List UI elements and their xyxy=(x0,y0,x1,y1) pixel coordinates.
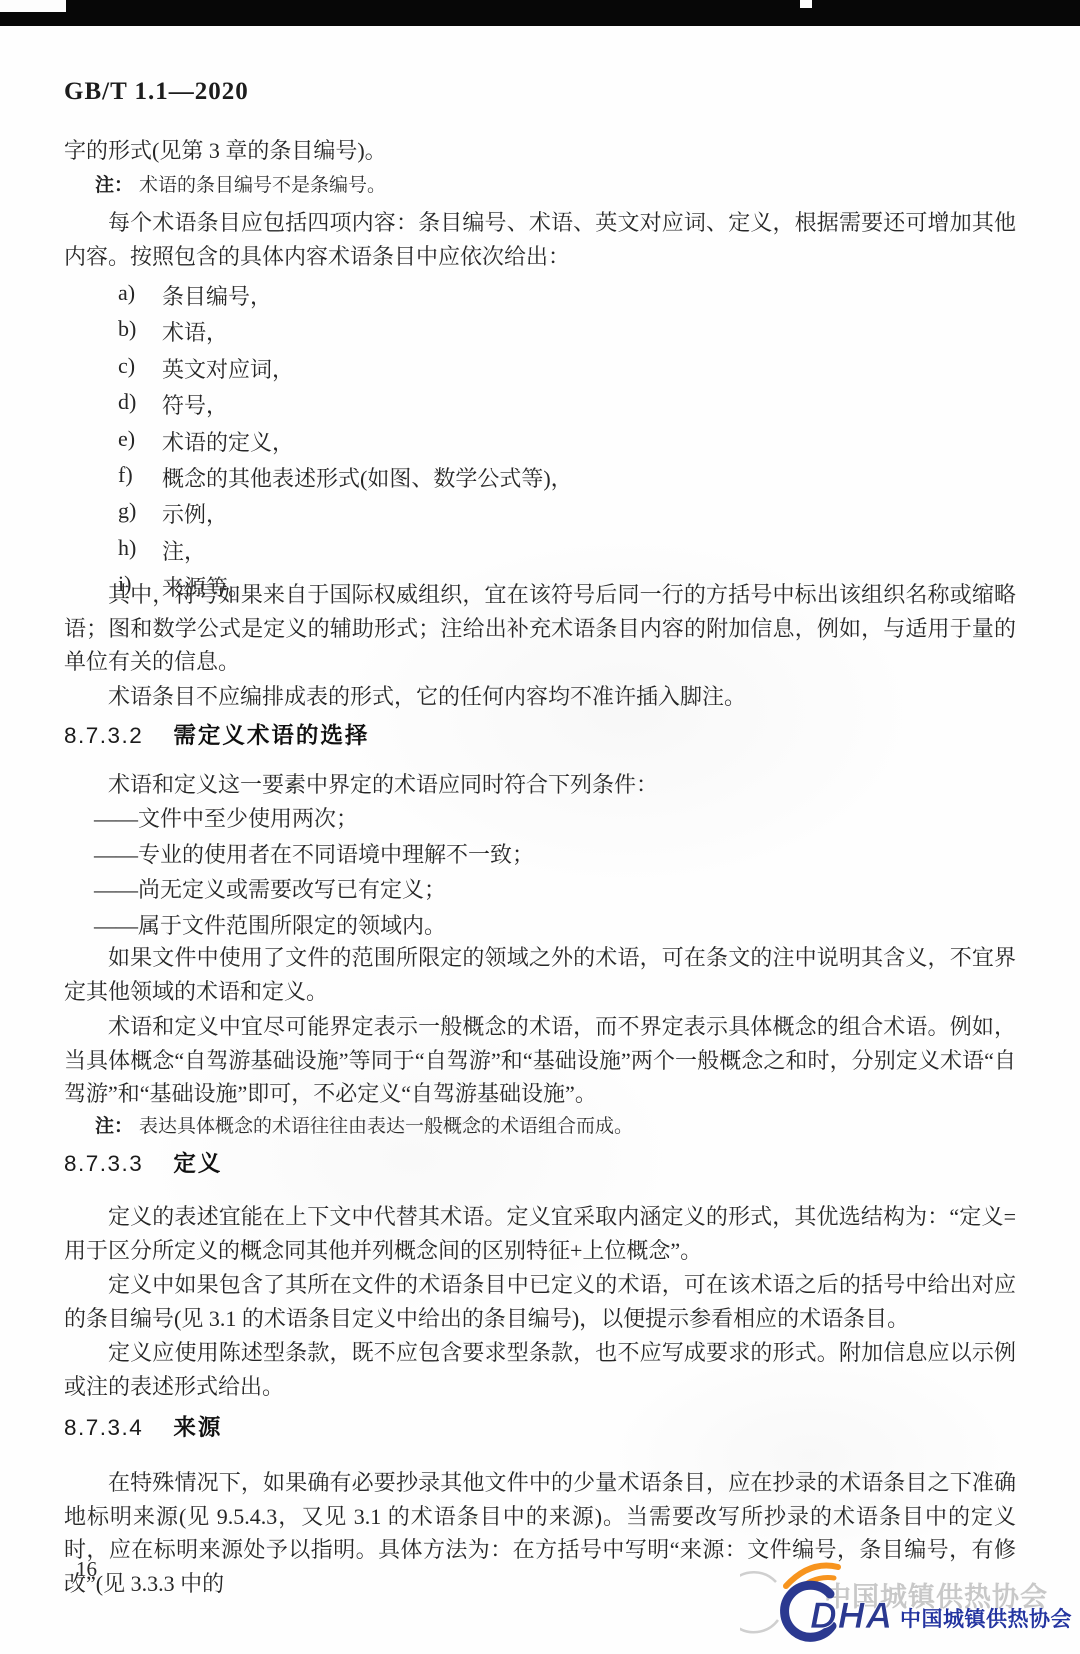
dash-item: ——尚无定义或需要改写已有定义； xyxy=(94,873,1014,909)
list-item: g)示例， xyxy=(118,498,998,534)
logo-abbr-text: DHA xyxy=(810,1595,893,1636)
section-heading-8733: 8.7.3.3定义 xyxy=(64,1146,222,1178)
note-text: 表达具体概念的术语往往由表达一般概念的术语组合而成。 xyxy=(139,1116,633,1137)
scan-top-bar-notch-mid xyxy=(800,0,812,8)
paragraph-no-table: 术语条目不应编排成表的形式，它的任何内容均不准许插入脚注。 xyxy=(64,680,1016,714)
list-item-marker: h) xyxy=(118,535,162,571)
list-item-text: 条目编号， xyxy=(162,280,272,316)
section-number: 8.7.3.4 xyxy=(64,1415,143,1440)
list-item-marker: c) xyxy=(118,353,162,389)
section-heading-8734: 8.7.3.4来源 xyxy=(64,1410,222,1442)
dash-item: ——专业的使用者在不同语境中理解不一致； xyxy=(94,838,1014,874)
list-item: d)符号， xyxy=(118,389,998,425)
section-heading-8732: 8.7.3.2需定义术语的选择 xyxy=(64,718,369,750)
standard-number-header: GB/T 1.1—2020 xyxy=(64,78,249,106)
list-item-marker: b) xyxy=(118,316,162,352)
list-item: a)条目编号， xyxy=(118,280,998,316)
note-block: 注：术语的条目编号不是条编号。 xyxy=(95,171,1005,201)
list-item-text: 术语， xyxy=(162,316,228,352)
section-number: 8.7.3.3 xyxy=(64,1151,143,1176)
paragraph-definition-refs: 定义中如果包含了其所在文件的术语条目中已定义的术语，可在该术语之后的括号中给出对… xyxy=(64,1268,1016,1335)
dash-list: ——文件中至少使用两次； ——专业的使用者在不同语境中理解不一致； ——尚无定义… xyxy=(94,802,1014,944)
section-title: 需定义术语的选择 xyxy=(173,723,369,748)
page-number: 16 xyxy=(76,1557,97,1582)
paragraph-definition-clauses: 定义应使用陈述型条款，既不应包含要求型条款，也不应写成要求的形式。附加信息应以示… xyxy=(64,1336,1016,1403)
note-label: 注： xyxy=(95,1116,133,1137)
list-item: c)英文对应词， xyxy=(118,353,998,389)
list-item: b)术语， xyxy=(118,316,998,352)
list-item-text: 示例， xyxy=(162,498,228,534)
section-title: 定义 xyxy=(173,1151,222,1176)
list-item-text: 符号， xyxy=(162,389,228,425)
list-item-text: 英文对应词， xyxy=(162,353,294,389)
paragraph-continuation: 字的形式(见第 3 章的条目编号)。 xyxy=(64,134,1016,168)
logo-ghost-arc-icon xyxy=(740,1572,778,1632)
logo-association-name: 中国城镇供热协会 xyxy=(900,1607,1072,1631)
paragraph-symbols: 其中，符号如果来自于国际权威组织，宜在该符号后同一行的方括号中标出该组织名称或缩… xyxy=(64,578,1016,679)
list-item: h)注， xyxy=(118,535,998,571)
list-item-text: 概念的其他表述形式(如图、数学公式等)， xyxy=(162,462,573,498)
list-item-marker: a) xyxy=(118,280,162,316)
list-item-text: 术语的定义， xyxy=(162,426,294,462)
paragraph-outside-domain: 如果文件中使用了文件的范围所限定的领域之外的术语，可在条文的注中说明其含义，不宜… xyxy=(64,941,1016,1008)
document-page: GB/T 1.1—2020 字的形式(见第 3 章的条目编号)。 注：术语的条目… xyxy=(0,0,1080,1654)
list-item: e)术语的定义， xyxy=(118,426,998,462)
list-item: f)概念的其他表述形式(如图、数学公式等)， xyxy=(118,462,998,498)
section-number: 8.7.3.2 xyxy=(64,723,143,748)
cdha-logo: 中国城镇供热协会 DHA 中国城镇供热协会 xyxy=(740,1558,1074,1650)
lettered-list: a)条目编号， b)术语， c)英文对应词， d)符号， e)术语的定义， f)… xyxy=(118,280,998,608)
dash-item: ——属于文件范围所限定的领域内。 xyxy=(94,909,1014,945)
scan-top-bar xyxy=(0,0,1080,26)
paragraph-conditions: 术语和定义这一要素中界定的术语应同时符合下列条件： xyxy=(64,768,1016,802)
list-item-marker: e) xyxy=(118,426,162,462)
paragraph-term-entry-contents: 每个术语条目应包括四项内容：条目编号、术语、英文对应词、定义，根据需要还可增加其… xyxy=(64,206,1016,273)
list-item-marker: d) xyxy=(118,389,162,425)
dash-item: ——文件中至少使用两次； xyxy=(94,802,1014,838)
paragraph-definition-form: 定义的表述宜能在上下文中代替其术语。定义宜采取内涵定义的形式，其优选结构为：“定… xyxy=(64,1200,1016,1267)
scan-top-bar-notch-left xyxy=(0,0,66,12)
list-item-marker: f) xyxy=(118,462,162,498)
list-item-text: 注， xyxy=(162,535,206,571)
note-text: 术语的条目编号不是条编号。 xyxy=(139,175,386,196)
note-block: 注：表达具体概念的术语往往由表达一般概念的术语组合而成。 xyxy=(95,1112,1005,1142)
paragraph-combined-terms: 术语和定义中宜尽可能界定表示一般概念的术语，而不界定表示具体概念的组合术语。例如… xyxy=(64,1010,1016,1111)
note-label: 注： xyxy=(95,175,133,196)
list-item-marker: g) xyxy=(118,498,162,534)
section-title: 来源 xyxy=(173,1415,222,1440)
